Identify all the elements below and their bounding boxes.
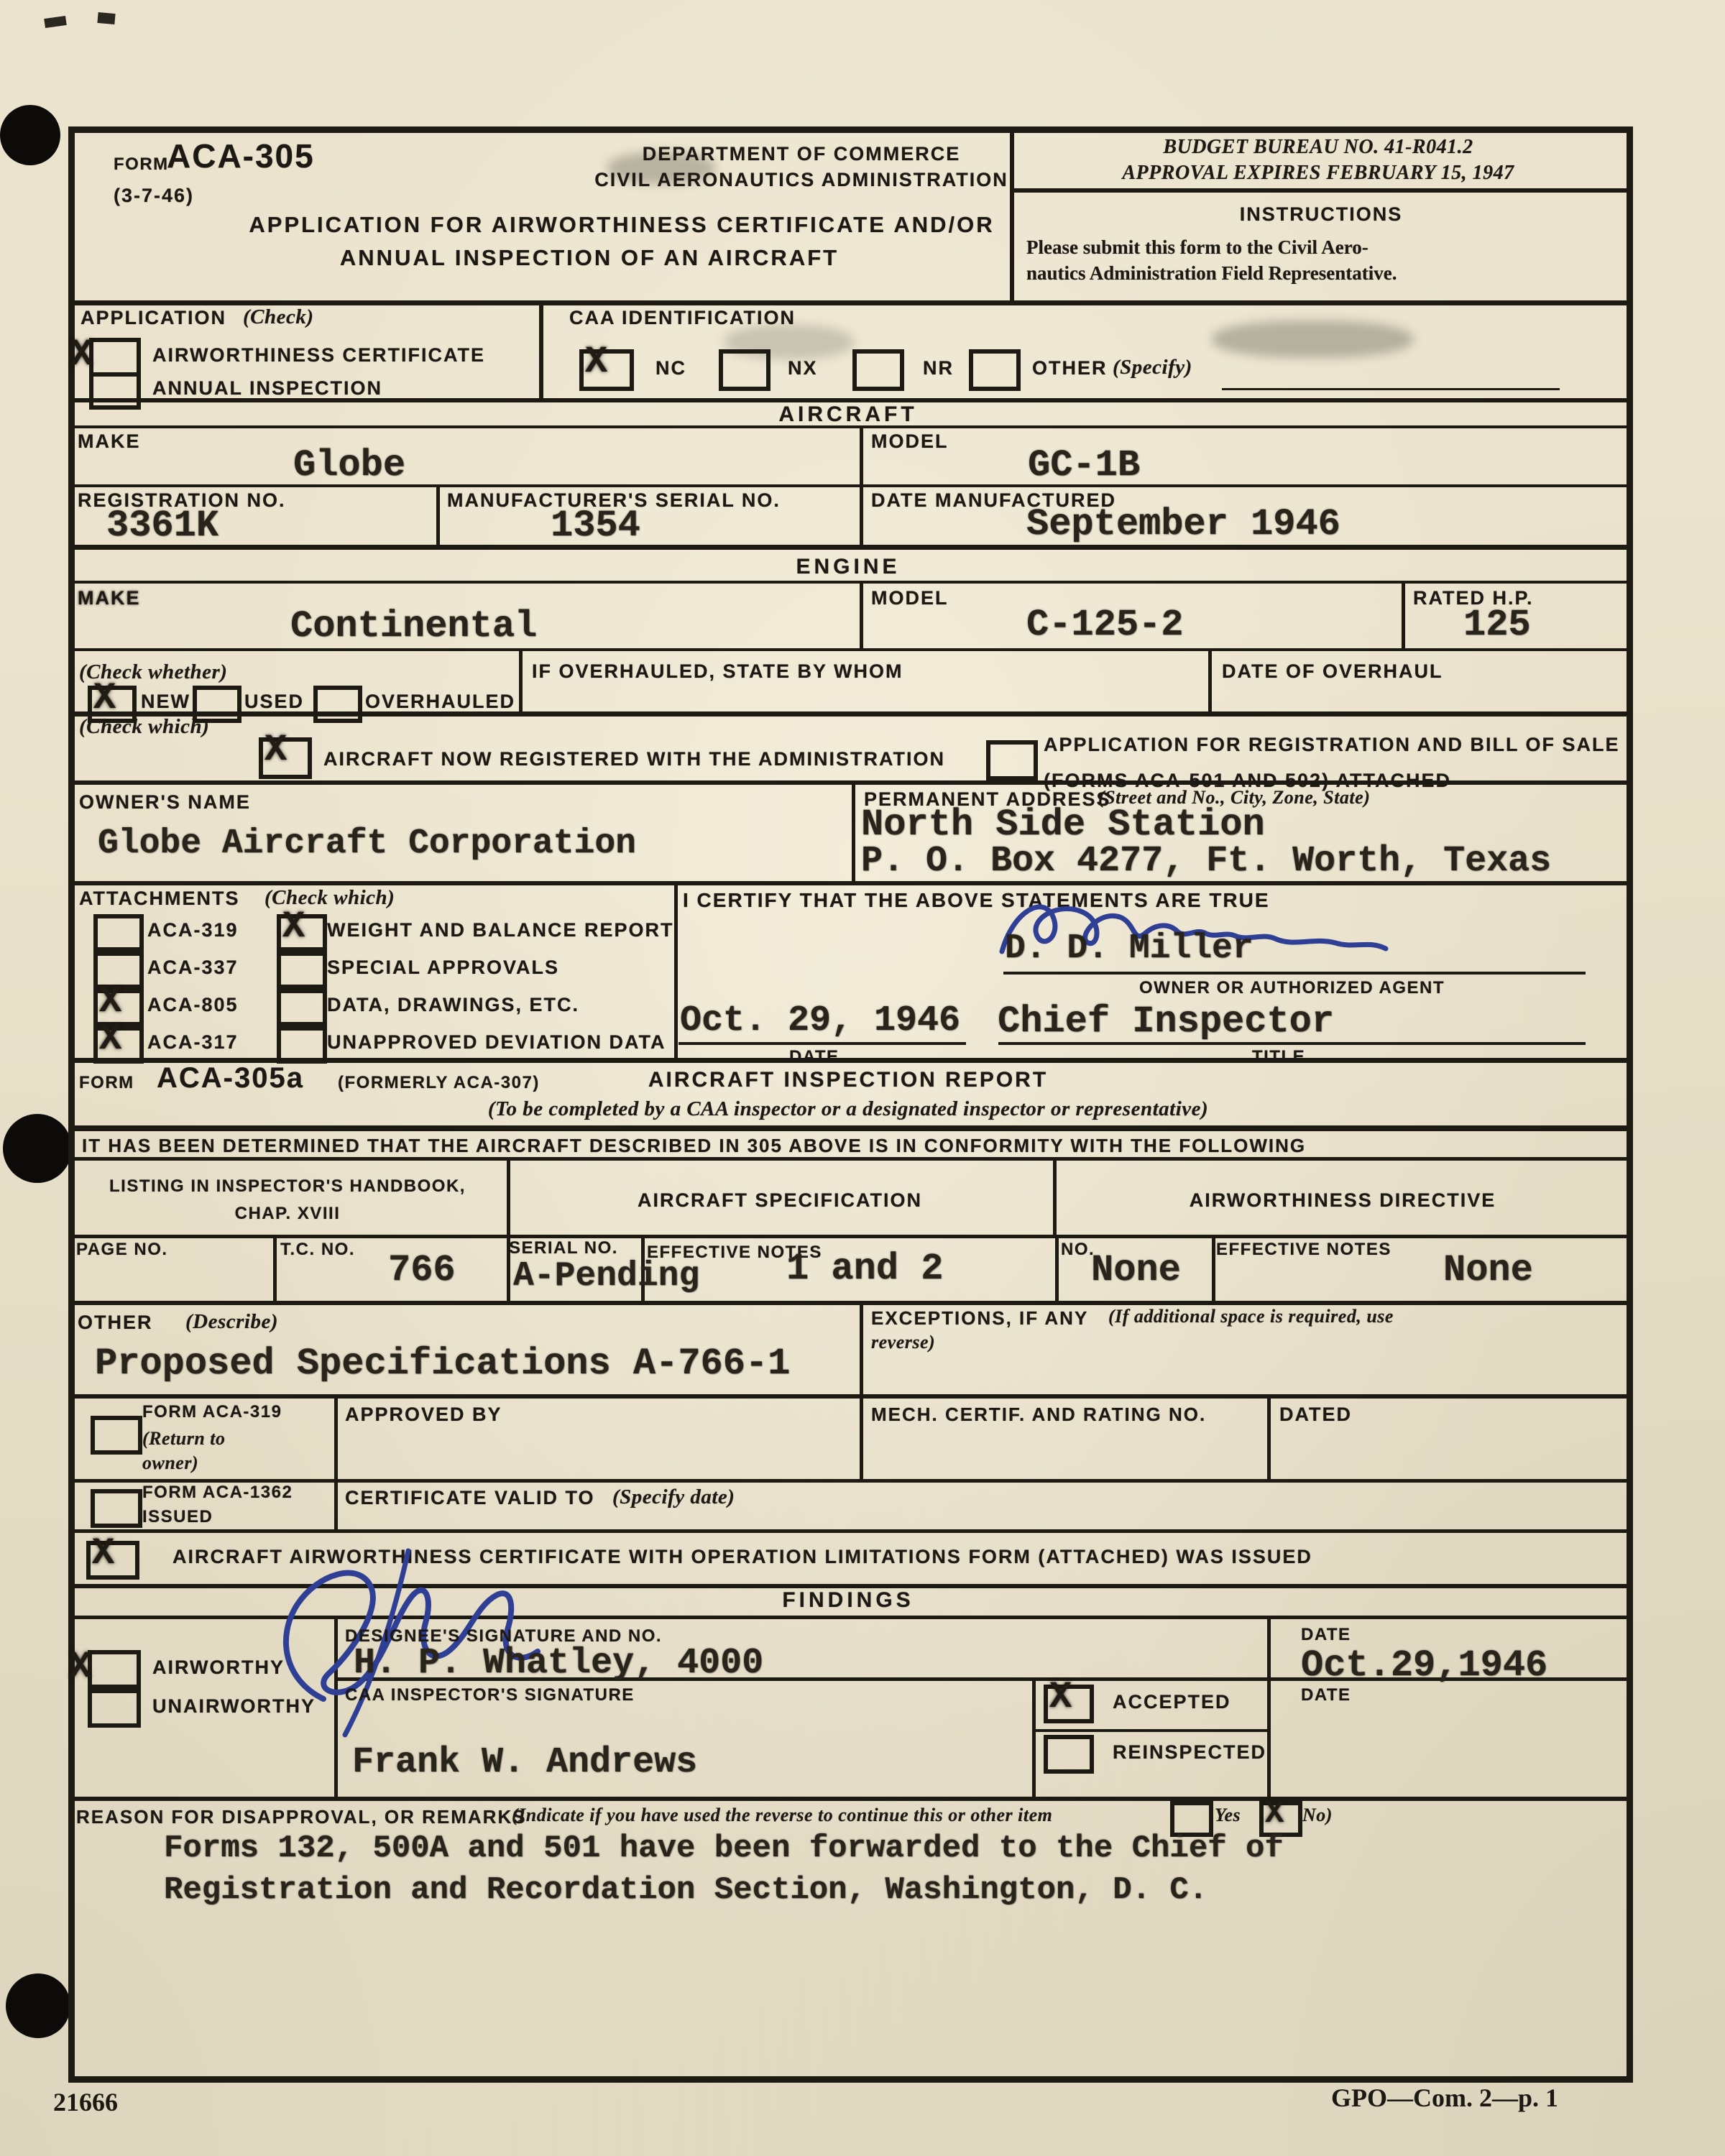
remarks-yes-label: Yes: [1215, 1805, 1241, 1826]
rule: [1055, 1238, 1059, 1301]
aca-317-label: ACA-317: [147, 1032, 239, 1054]
data-drawings-checkbox[interactable]: [277, 989, 327, 1026]
overhauled-checkbox[interactable]: [313, 686, 362, 723]
rule: [860, 1399, 863, 1479]
aca-319-label: ACA-319: [147, 920, 239, 941]
rule: [860, 484, 863, 545]
check-mark: X: [69, 1649, 91, 1686]
check-mark: X: [1265, 1798, 1284, 1830]
attachments-label: ATTACHMENTS: [79, 888, 239, 910]
other-specify-label: (Specify): [1113, 356, 1192, 379]
form-aca-319-italic1: (Return to: [142, 1429, 226, 1450]
aircraft-band: AIRCRAFT: [778, 402, 917, 426]
footer-gpo: GPO—Com. 2—p. 1: [1331, 2083, 1558, 2113]
used-label: USED: [244, 691, 304, 713]
rule: [68, 1797, 1633, 1801]
rule: [273, 1238, 277, 1301]
rule: [507, 1161, 510, 1235]
rule: [539, 300, 543, 398]
rule: [519, 648, 523, 711]
rule: [68, 648, 1633, 651]
overhauled-by-whom-label: IF OVERHAULED, STATE BY WHOM: [532, 661, 903, 683]
date-line[interactable]: [678, 1042, 966, 1045]
check-mark: X: [92, 1535, 114, 1572]
rule: [334, 1399, 338, 1479]
rule: [1627, 126, 1633, 2083]
serial-no-value: 1354: [551, 507, 640, 545]
rule: [1032, 1681, 1036, 1797]
page-no-label: PAGE NO.: [76, 1240, 168, 1259]
punch-hole: [6, 1973, 70, 2038]
effective-notes2-value: None: [1443, 1252, 1533, 1289]
remarks-no-label: No): [1302, 1805, 1333, 1826]
budget-bureau-line2: APPROVAL EXPIRES FEBRUARY 15, 1947: [1122, 162, 1514, 185]
dated-label: DATED: [1279, 1404, 1352, 1426]
form-word: FORM: [114, 155, 169, 174]
spec-serial-label: SERIAL NO.: [509, 1239, 618, 1258]
remarks-label-italic: (Indicate if you have used the reverse t…: [512, 1805, 1052, 1826]
rule: [68, 300, 1633, 305]
findings-date2-label: DATE: [1301, 1686, 1351, 1705]
rule: [860, 425, 863, 484]
aircraft-make-value: Globe: [293, 447, 405, 484]
date-of-overhaul-label: DATE OF OVERHAUL: [1222, 661, 1443, 683]
rule: [852, 785, 855, 881]
spec-serial-value: A-Pending: [513, 1259, 699, 1294]
rule: [1010, 188, 1627, 193]
report-form-number: ACA-305a: [157, 1062, 304, 1094]
deviation-data-checkbox[interactable]: [277, 1026, 327, 1064]
form-aca-319-italic2: owner): [142, 1453, 198, 1474]
application-label: APPLICATION: [80, 308, 226, 329]
directive-no-label: NO.: [1061, 1240, 1095, 1259]
other-describe-label: OTHER: [78, 1312, 153, 1334]
nr-checkbox[interactable]: [852, 349, 904, 391]
tc-no-label: T.C. NO.: [280, 1240, 355, 1259]
designee-value: H. P. Whatley, 4000: [354, 1646, 763, 1682]
listing-header-line2: CHAP. XVIII: [235, 1204, 341, 1223]
signed-name-value: D. D. Miller: [1005, 931, 1253, 966]
form-title-line1: APPLICATION FOR AIRWORTHINESS CERTIFICAT…: [249, 213, 994, 237]
exceptions-italic1: (If additional space is required, use: [1108, 1307, 1394, 1327]
rule: [68, 126, 75, 2083]
caa-inspector-value: Frank W. Andrews: [352, 1745, 697, 1781]
aircraft-make-label: MAKE: [78, 431, 141, 453]
footer-print-code: 21666: [53, 2087, 118, 2117]
nx-checkbox[interactable]: [719, 349, 770, 391]
punch-hole: [0, 105, 60, 165]
rule: [1267, 1399, 1271, 1479]
rule: [68, 2076, 1633, 2083]
registration-no-value: 3361K: [106, 507, 218, 545]
instructions-line2: nautics Administration Field Representat…: [1026, 263, 1397, 285]
budget-bureau-line1: BUDGET BUREAU NO. 41-R041.2: [1163, 137, 1473, 159]
signature-line[interactable]: [1003, 972, 1586, 975]
check-mark: X: [99, 1021, 121, 1058]
rule: [860, 1305, 863, 1394]
certify-title-label: TITLE: [1252, 1048, 1305, 1067]
issued-label: ISSUED: [142, 1508, 213, 1526]
weight-balance-checkbox[interactable]: X: [277, 914, 327, 952]
data-drawings-label: DATA, DRAWINGS, ETC.: [327, 995, 579, 1016]
rule: [68, 1125, 1633, 1131]
engine-model-label: MODEL: [871, 588, 949, 609]
owner-name-label: OWNER'S NAME: [79, 792, 251, 814]
check-mark: X: [282, 908, 305, 946]
form-aca-1362-label: FORM ACA-1362: [142, 1483, 293, 1502]
check-which-label: (Check which): [79, 716, 209, 739]
engine-make-value: Continental: [290, 608, 537, 645]
form-aca-1362-checkbox[interactable]: [91, 1489, 142, 1528]
smudge: [1212, 321, 1413, 358]
new-label: NEW: [141, 691, 190, 713]
check-mark: X: [585, 344, 607, 381]
address-line2-value: P. O. Box 4277, Ft. Worth, Texas: [861, 844, 1551, 880]
rule: [68, 545, 1633, 550]
aca-805-label: ACA-805: [147, 995, 239, 1016]
agency-line1: DEPARTMENT OF COMMERCE: [643, 144, 961, 165]
special-approvals-label: SPECIAL APPROVALS: [327, 957, 559, 979]
rule: [68, 126, 1633, 133]
address-line1-value: North Side Station: [861, 806, 1265, 844]
effective-notes-value: 1 and 2: [786, 1250, 943, 1288]
certificate-valid-label: CERTIFICATE VALID TO: [345, 1488, 595, 1509]
unairworthy-checkbox[interactable]: [88, 1689, 141, 1728]
engine-model-value: C-125-2: [1026, 607, 1183, 644]
aca-337-label: ACA-337: [147, 957, 239, 979]
airworthiness-certificate-checkbox[interactable]: X: [89, 338, 141, 377]
caa-identification-label: CAA IDENTIFICATION: [569, 308, 796, 329]
weight-balance-label: WEIGHT AND BALANCE REPORT: [327, 920, 674, 941]
findings-date-value: Oct.29,1946: [1301, 1647, 1547, 1685]
rule: [68, 1479, 1633, 1483]
aca-319-checkbox[interactable]: [93, 914, 144, 952]
reinspected-checkbox[interactable]: [1044, 1735, 1094, 1774]
check-mark: X: [99, 983, 121, 1021]
reinspected-label: REINSPECTED: [1113, 1742, 1266, 1764]
special-approvals-checkbox[interactable]: [277, 952, 327, 989]
effective-notes2-label: EFFECTIVE NOTES: [1216, 1240, 1391, 1259]
rule: [68, 1157, 1633, 1161]
certificate-valid-italic: (Specify date): [612, 1486, 735, 1509]
determination-statement: IT HAS BEEN DETERMINED THAT THE AIRCRAFT…: [82, 1135, 1306, 1156]
rule: [1208, 648, 1212, 711]
form-number: ACA-305: [167, 138, 315, 175]
ink-mark: [97, 12, 115, 24]
airworthiness-certificate-label: AIRWORTHINESS CERTIFICATE: [152, 345, 485, 367]
rule: [1402, 581, 1405, 648]
rule: [68, 581, 1633, 584]
accepted-label: ACCEPTED: [1113, 1692, 1231, 1713]
report-formerly: (FORMERLY ACA-307): [338, 1074, 540, 1092]
form-aca-319-label: FORM ACA-319: [142, 1403, 282, 1422]
instructions-line1: Please submit this form to the Civil Aer…: [1026, 237, 1368, 259]
instructions-title: INSTRUCTIONS: [1240, 204, 1403, 226]
directive-header: AIRWORTHINESS DIRECTIVE: [1190, 1190, 1496, 1212]
rated-hp-value: 125: [1463, 607, 1531, 644]
findings-date-label: DATE: [1301, 1626, 1351, 1644]
caa-inspector-signature-label: CAA INSPECTOR'S SIGNATURE: [345, 1686, 635, 1705]
application-label-check: (Check): [243, 306, 314, 329]
rule: [68, 1301, 1633, 1305]
listing-header-line1: LISTING IN INSPECTOR'S HANDBOOK,: [109, 1177, 466, 1196]
nr-label: NR: [923, 358, 954, 379]
tc-no-value: 766: [388, 1252, 456, 1289]
exceptions-label: EXCEPTIONS, IF ANY: [871, 1308, 1088, 1329]
form-title-line2: ANNUAL INSPECTION OF AN AIRCRAFT: [340, 246, 839, 270]
engine-make-label: MAKE: [78, 588, 141, 609]
owner-agent-label: OWNER OR AUTHORIZED AGENT: [1139, 979, 1445, 998]
approved-by-label: APPROVED BY: [345, 1404, 502, 1426]
remarks-line2: Registration and Recordation Section, Wa…: [164, 1874, 1207, 1906]
unairworthy-label: UNAIRWORTHY: [152, 1696, 316, 1718]
remarks-line1: Forms 132, 500A and 501 have been forwar…: [164, 1833, 1284, 1864]
report-subtitle: (To be completed by a CAA inspector or a…: [488, 1098, 1208, 1121]
rule: [1053, 1161, 1057, 1235]
deviation-data-label: UNAPPROVED DEVIATION DATA: [327, 1032, 666, 1054]
directive-no-value: None: [1091, 1252, 1181, 1289]
remarks-label: REASON FOR DISAPPROVAL, OR REMARKS: [76, 1807, 527, 1828]
rule: [1267, 1619, 1271, 1797]
aca-317-checkbox[interactable]: X: [93, 1026, 144, 1064]
check-mark: X: [93, 680, 116, 717]
rule: [334, 1483, 338, 1529]
fill-in-line[interactable]: [1222, 388, 1560, 390]
form-revision: (3-7-46): [114, 185, 194, 207]
rule: [68, 1394, 1633, 1399]
form-aca-319-checkbox[interactable]: [91, 1416, 142, 1455]
date-manufactured-value: September 1946: [1026, 506, 1340, 543]
title-line[interactable]: [998, 1042, 1586, 1045]
rule: [674, 885, 678, 1058]
findings-band: FINDINGS: [782, 1588, 914, 1612]
rule: [68, 1235, 1633, 1238]
registered-label: AIRCRAFT NOW REGISTERED WITH THE ADMINIS…: [323, 749, 945, 770]
airworthy-label: AIRWORTHY: [152, 1657, 285, 1679]
agency-line2: CIVIL AERONAUTICS ADMINISTRATION: [594, 170, 1008, 191]
aircraft-model-value: GC-1B: [1028, 447, 1140, 484]
check-mark: X: [1049, 1679, 1072, 1716]
rule: [860, 581, 863, 648]
certify-date-label: DATE: [789, 1048, 839, 1067]
exceptions-italic2: reverse): [871, 1332, 935, 1353]
accepted-checkbox[interactable]: X: [1044, 1685, 1094, 1723]
check-mark: X: [70, 336, 93, 374]
report-form-word: FORM: [79, 1074, 134, 1092]
scanned-form-aca-305: FORM ACA-305 (3-7-46) DEPARTMENT OF COMM…: [0, 0, 1725, 2156]
annual-inspection-checkbox[interactable]: [89, 372, 141, 410]
bill-of-sale-line1: APPLICATION FOR REGISTRATION AND BILL OF…: [1044, 734, 1620, 756]
nc-checkbox[interactable]: X: [579, 349, 634, 391]
report-title: AIRCRAFT INSPECTION REPORT: [648, 1068, 1048, 1092]
certify-date-value: Oct. 29, 1946: [680, 1003, 960, 1039]
nc-label: NC: [655, 358, 686, 379]
punch-hole: [3, 1114, 72, 1183]
registered-checkbox[interactable]: X: [259, 737, 312, 779]
aircraft-model-label: MODEL: [871, 431, 949, 453]
spec-header: AIRCRAFT SPECIFICATION: [638, 1190, 922, 1212]
other-checkbox[interactable]: [969, 349, 1021, 391]
airworthy-checkbox[interactable]: X: [88, 1650, 141, 1689]
ink-mark: [44, 16, 67, 28]
engine-band: ENGINE: [796, 555, 900, 579]
nx-label: NX: [788, 358, 818, 379]
check-mark: X: [264, 732, 287, 769]
certificate-issued-checkbox[interactable]: X: [86, 1541, 139, 1580]
other-label: OTHER: [1032, 358, 1108, 379]
other-describe-italic: (Describe): [185, 1311, 278, 1334]
certify-title-value: Chief Inspector: [998, 1003, 1334, 1041]
annual-inspection-label: ANNUAL INSPECTION: [152, 378, 382, 400]
rule: [1212, 1238, 1215, 1301]
other-describe-value: Proposed Specifications A-766-1: [95, 1345, 790, 1383]
rule: [1010, 126, 1014, 300]
rule: [436, 484, 440, 545]
rule: [1032, 1729, 1267, 1732]
mech-certif-label: MECH. CERTIF. AND RATING NO.: [871, 1404, 1206, 1425]
bill-of-sale-checkbox[interactable]: [986, 740, 1038, 780]
owner-name-value: Globe Aircraft Corporation: [98, 826, 636, 861]
overhauled-label: OVERHAULED: [365, 691, 515, 713]
